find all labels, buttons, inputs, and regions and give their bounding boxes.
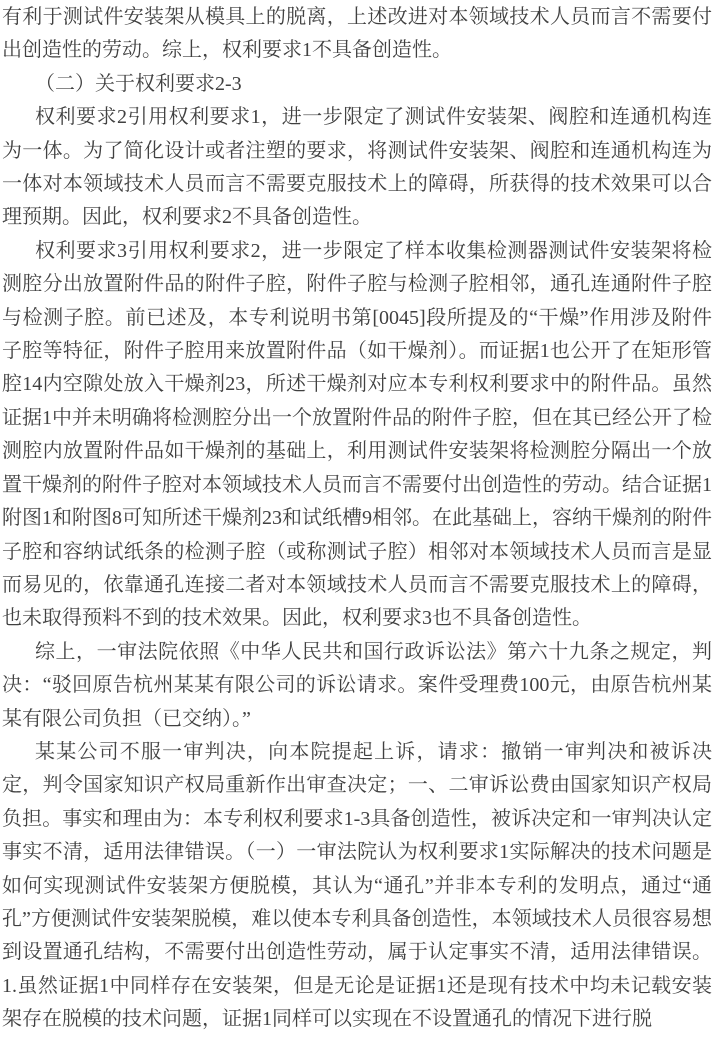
paragraph-1: 有利于测试件安装架从模具上的脱离，上述改进对本领域技术人员而言不需要付出创造性的… [2, 1, 712, 68]
document-body: 有利于测试件安装架从模具上的脱离，上述改进对本领域技术人员而言不需要付出创造性的… [2, 1, 712, 1037]
paragraph-6: 某某公司不服一审判决，向本院提起上诉，请求：撤销一审判决和被诉决定，判令国家知识… [2, 736, 712, 1037]
paragraph-3: 权利要求2引用权利要求1，进一步限定了测试件安装架、阀腔和连通机构连为一体。为了… [2, 101, 712, 235]
document-page: 有利于测试件安装架从模具上的脱离，上述改进对本领域技术人员而言不需要付出创造性的… [0, 0, 715, 1038]
paragraph-2: （二）关于权利要求2-3 [2, 68, 712, 101]
paragraph-4: 权利要求3引用权利要求2，进一步限定了样本收集检测器测试件安装架将检测腔分出放置… [2, 235, 712, 636]
paragraph-5: 综上，一审法院依照《中华人民共和国行政诉讼法》第六十九条之规定，判决：“驳回原告… [2, 636, 712, 736]
